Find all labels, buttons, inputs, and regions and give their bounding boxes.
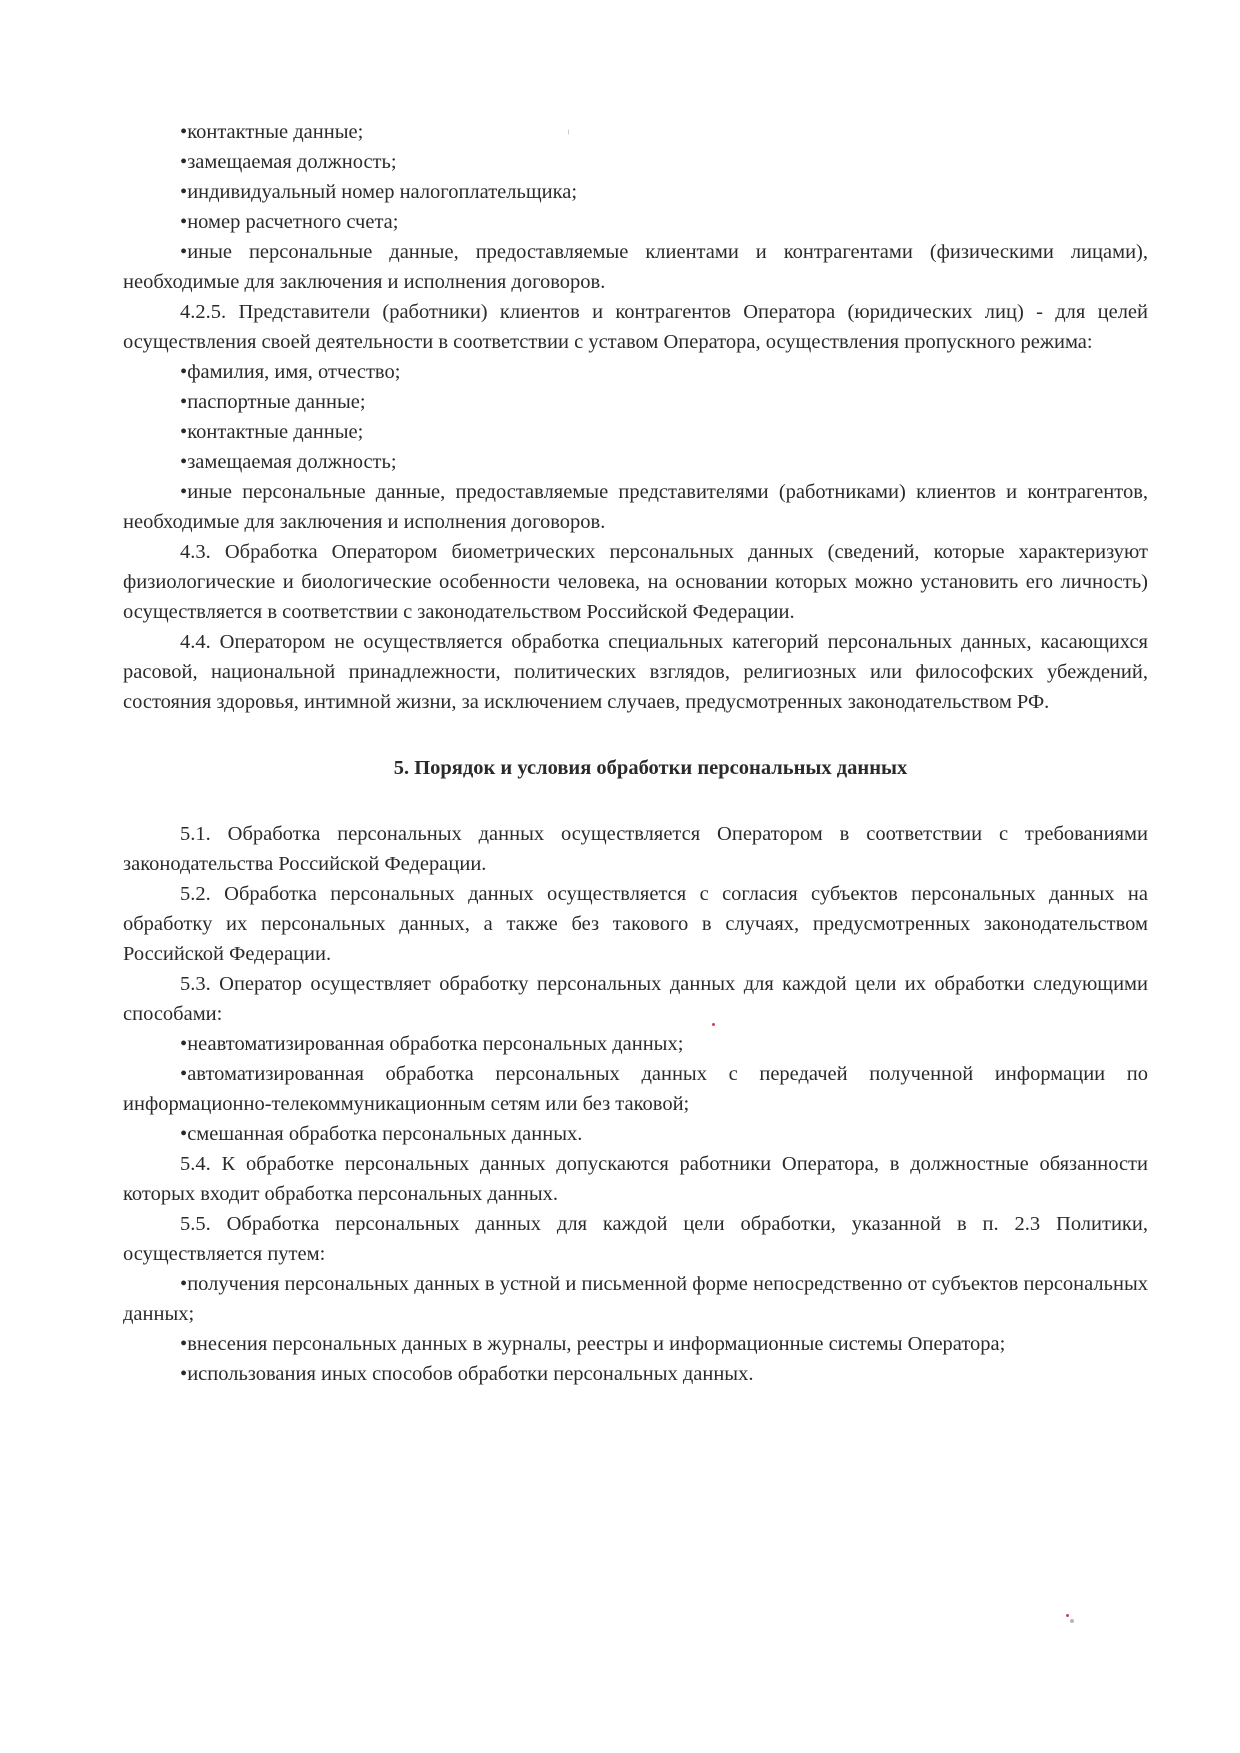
bullet-list-item: •использования иных способов обработки п… <box>123 1359 1148 1389</box>
paragraph-text: фамилия, имя, отчество; <box>187 361 400 383</box>
numbered-paragraph: 5.1. Обработка персональных данных осуще… <box>123 819 1148 879</box>
bullet-list-item: •контактные данные; <box>123 417 1148 447</box>
paragraph-text: замещаемая должность; <box>187 151 396 173</box>
bullet-list-item: •иные персональные данные, предоставляем… <box>123 237 1148 297</box>
numbered-paragraph: 4.3. Обработка Оператором биометрических… <box>123 537 1148 627</box>
numbered-paragraph: 5.2. Обработка персональных данных осуще… <box>123 879 1148 969</box>
paragraph-text: неавтоматизированная обработка персональ… <box>187 1033 683 1055</box>
paragraph-text: контактные данные; <box>187 121 363 143</box>
bullet-list-item: •внесения персональных данных в журналы,… <box>123 1329 1148 1359</box>
bullet-list-item: •неавтоматизированная обработка персонал… <box>123 1029 1148 1059</box>
section-4-continuation: •контактные данные;•замещаемая должность… <box>123 117 1148 717</box>
scan-speck <box>568 129 569 135</box>
document-page: •контактные данные;•замещаемая должность… <box>123 117 1148 1389</box>
paragraph-text: иные персональные данные, предоставляемы… <box>123 241 1148 293</box>
scan-speck <box>1070 1619 1074 1623</box>
paragraph-text: индивидуальный номер налогоплательщика; <box>187 181 577 203</box>
bullet-list-item: •контактные данные; <box>123 117 1148 147</box>
bullet-list-item: •номер расчетного счета; <box>123 207 1148 237</box>
paragraph-text: 5.4. К обработке персональных данных доп… <box>123 1153 1148 1205</box>
scan-speck <box>1066 1614 1069 1617</box>
bullet-list-item: •получения персональных данных в устной … <box>123 1269 1148 1329</box>
bullet-list-item: •паспортные данные; <box>123 387 1148 417</box>
paragraph-text: замещаемая должность; <box>187 451 396 473</box>
paragraph-text: 5.5. Обработка персональных данных для к… <box>123 1213 1148 1265</box>
paragraph-text: 4.3. Обработка Оператором биометрических… <box>123 541 1148 623</box>
paragraph-text: внесения персональных данных в журналы, … <box>187 1333 1005 1355</box>
scan-speck <box>712 1023 715 1026</box>
paragraph-text: смешанная обработка персональных данных. <box>187 1123 582 1145</box>
bullet-list-item: •автоматизированная обработка персональн… <box>123 1059 1148 1119</box>
numbered-paragraph: 5.5. Обработка персональных данных для к… <box>123 1209 1148 1269</box>
paragraph-text: 4.2.5. Представители (работники) клиенто… <box>123 301 1148 353</box>
numbered-paragraph: 5.4. К обработке персональных данных доп… <box>123 1149 1148 1209</box>
paragraph-text: 4.4. Оператором не осуществляется обрабо… <box>123 631 1148 713</box>
paragraph-text: 5.3. Оператор осуществляет обработку пер… <box>123 973 1148 1025</box>
paragraph-text: автоматизированная обработка персональны… <box>123 1063 1148 1115</box>
section-5-body: 5.1. Обработка персональных данных осуще… <box>123 819 1148 1389</box>
bullet-list-item: •замещаемая должность; <box>123 447 1148 477</box>
paragraph-text: иные персональные данные, предоставляемы… <box>123 481 1148 533</box>
paragraph-text: использования иных способов обработки пе… <box>187 1363 753 1385</box>
numbered-paragraph: 4.4. Оператором не осуществляется обрабо… <box>123 627 1148 717</box>
paragraph-text: номер расчетного счета; <box>187 211 398 233</box>
paragraph-text: получения персональных данных в устной и… <box>123 1273 1148 1325</box>
bullet-list-item: •иные персональные данные, предоставляем… <box>123 477 1148 537</box>
numbered-paragraph: 4.2.5. Представители (работники) клиенто… <box>123 297 1148 357</box>
paragraph-text: контактные данные; <box>187 421 363 443</box>
bullet-list-item: •фамилия, имя, отчество; <box>123 357 1148 387</box>
bullet-list-item: •смешанная обработка персональных данных… <box>123 1119 1148 1149</box>
bullet-list-item: •индивидуальный номер налогоплательщика; <box>123 177 1148 207</box>
bullet-list-item: •замещаемая должность; <box>123 147 1148 177</box>
paragraph-text: 5.2. Обработка персональных данных осуще… <box>123 883 1148 965</box>
paragraph-text: паспортные данные; <box>187 391 365 413</box>
numbered-paragraph: 5.3. Оператор осуществляет обработку пер… <box>123 969 1148 1029</box>
paragraph-text: 5.1. Обработка персональных данных осуще… <box>123 823 1148 875</box>
section-5-heading: 5. Порядок и условия обработки персональ… <box>123 753 1148 783</box>
